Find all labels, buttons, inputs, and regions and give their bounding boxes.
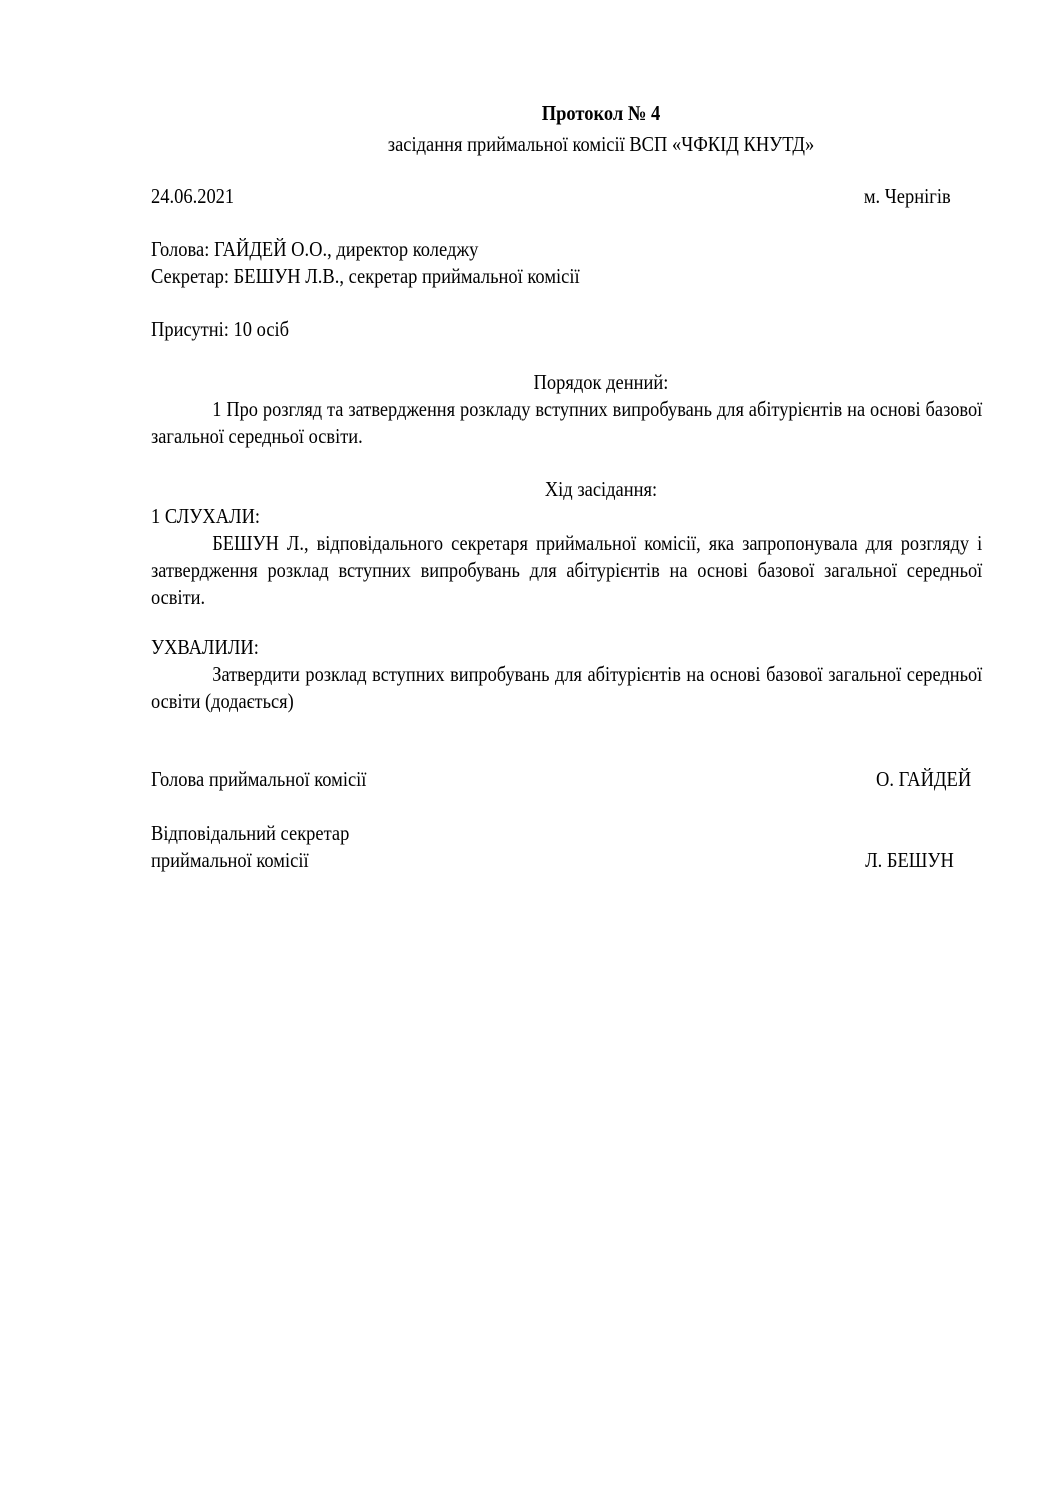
- resolved-label: УХВАЛИЛИ:: [151, 634, 259, 660]
- heard-paragraph: БЕШУН Л., відповідального секретаря прий…: [151, 530, 982, 611]
- agenda-heading: Порядок денний:: [72, 369, 1058, 395]
- heard-text: БЕШУН Л., відповідального секретаря прий…: [151, 531, 982, 609]
- document-page: Протокол № 4 засідання приймальної коміс…: [0, 0, 1058, 1497]
- present-line: Присутні: 10 осіб: [151, 316, 289, 342]
- agenda-item: 1 Про розгляд та затвердження розкладу в…: [151, 396, 982, 450]
- signature-chair-position: Голова приймальної комісії: [151, 766, 366, 792]
- heard-label: 1 СЛУХАЛИ:: [151, 503, 260, 529]
- document-city: м. Чернігів: [864, 183, 951, 209]
- resolved-text: Затвердити розклад вступних випробувань …: [151, 662, 982, 713]
- proceedings-heading: Хід засідання:: [72, 476, 1058, 502]
- resolved-paragraph: Затвердити розклад вступних випробувань …: [151, 661, 982, 715]
- secretary-line: Секретар: БЕШУН Л.В., секретар приймальн…: [151, 263, 580, 289]
- agenda-item-text: 1 Про розгляд та затвердження розкладу в…: [151, 397, 982, 448]
- signature-secretary-name: Л. БЕШУН: [865, 847, 954, 873]
- signature-secretary-position-2: приймальної комісії: [151, 847, 309, 873]
- signature-secretary-position-1: Відповідальний секретар: [151, 820, 349, 846]
- document-date: 24.06.2021: [151, 183, 234, 209]
- document-subtitle: засідання приймальної комісії ВСП «ЧФКІД…: [72, 131, 1058, 157]
- chair-line: Голова: ГАЙДЕЙ О.О., директор коледжу: [151, 236, 478, 262]
- document-title: Протокол № 4: [72, 100, 1058, 126]
- signature-chair-name: О. ГАЙДЕЙ: [876, 766, 971, 792]
